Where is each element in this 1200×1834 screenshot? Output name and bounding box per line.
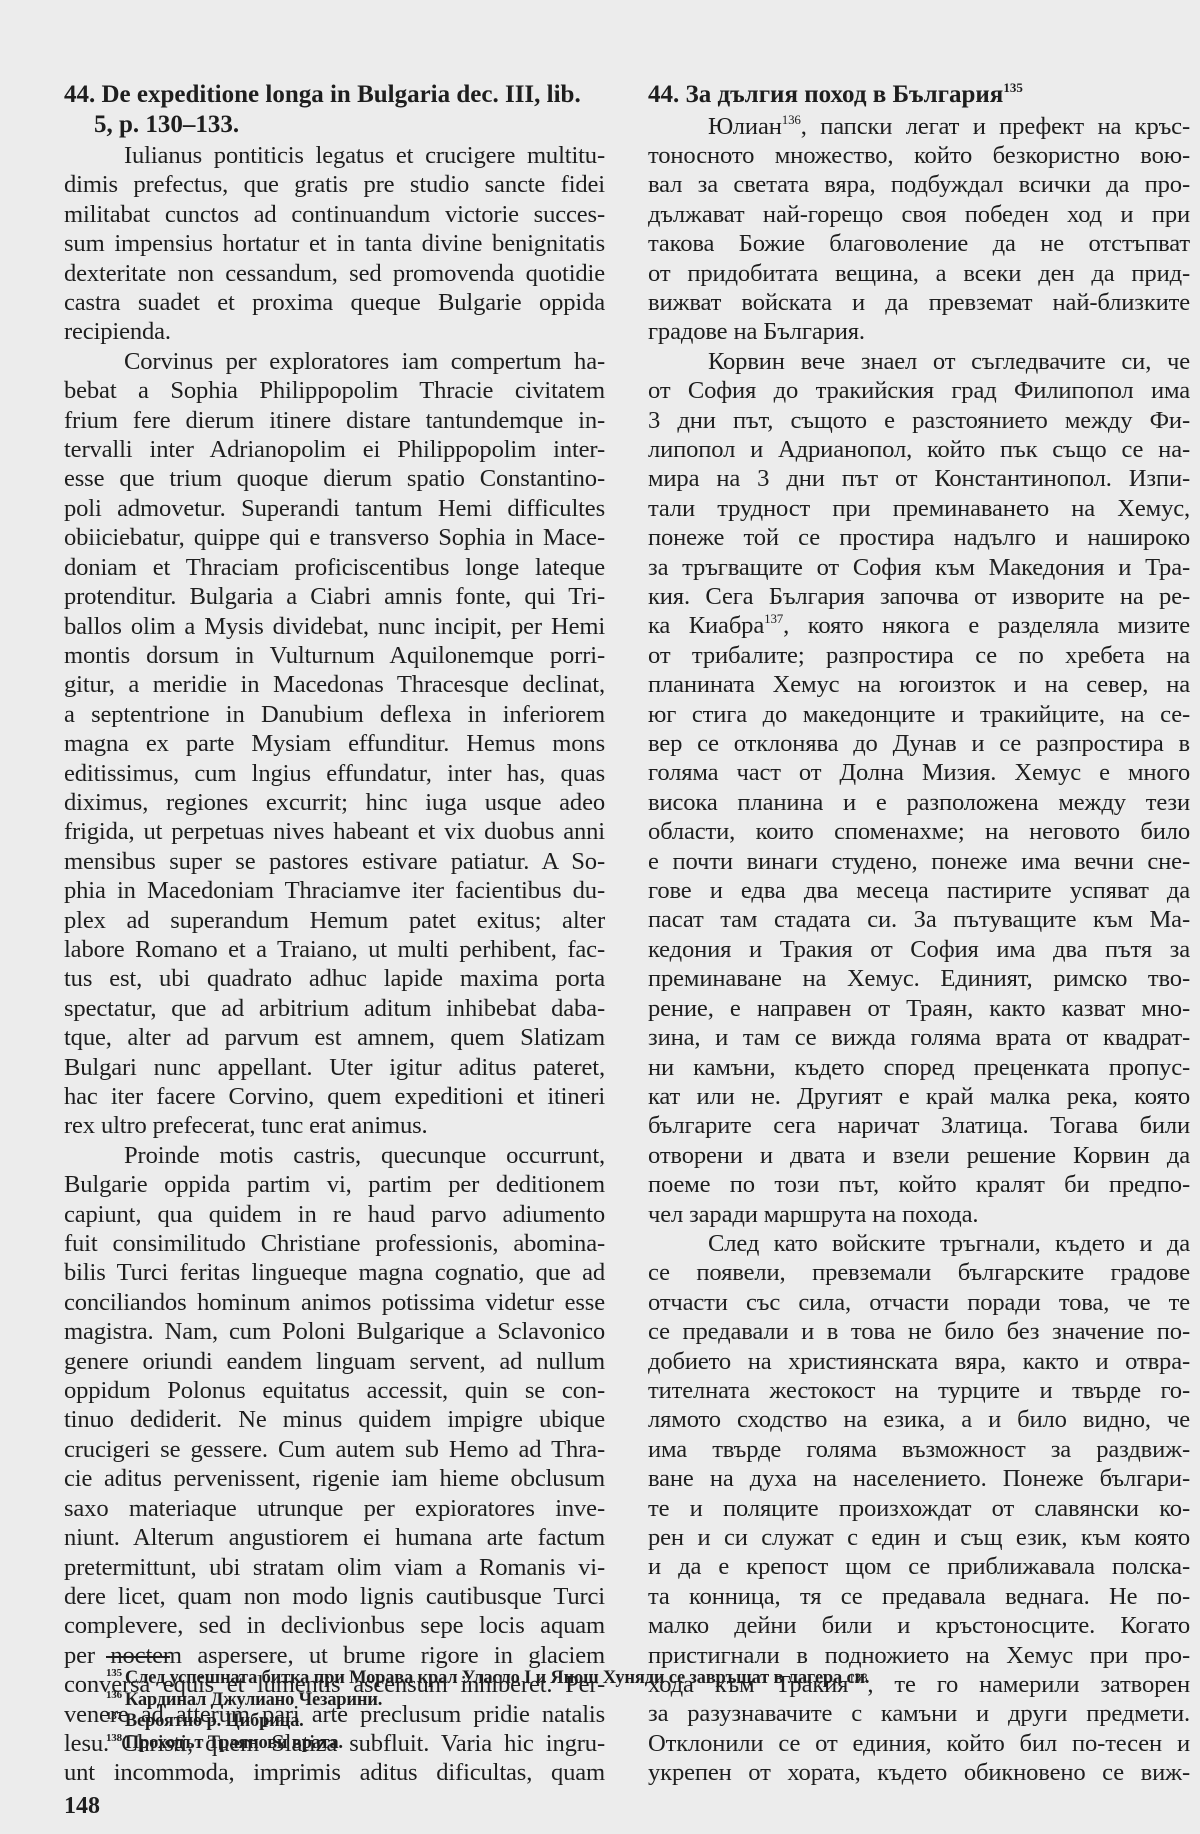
text-line: мира на 3 дни път от Константинопол. Изп… <box>648 464 1190 493</box>
footnote-ref-136[interactable]: 136 <box>782 112 801 127</box>
text-line: dere licet, quam non modo lignis cautibu… <box>64 1582 605 1611</box>
text-line: frium fere dierum itinere distare tantun… <box>64 406 605 435</box>
footnote-text: Вероятно р. Цибрица. <box>125 1711 304 1731</box>
text-line: pretermittunt, ubi stratam olim viam a R… <box>64 1553 605 1582</box>
footnote-ref-135[interactable]: 135 <box>1003 80 1023 95</box>
text-line: labore Romano et a Traiano, ut multi per… <box>64 935 605 964</box>
text-line: пристигнали в подножието на Хемус при пр… <box>648 1641 1190 1670</box>
text-line: те и поляците произхождат от славянски к… <box>648 1494 1190 1523</box>
text-line: saxo materiaque utrunque per expioratore… <box>64 1494 605 1523</box>
text-line: montis dorsum in Vulturnum Aquilonemque … <box>64 641 605 670</box>
text-line: Proinde motis castris, quecunque occurru… <box>64 1141 605 1170</box>
text-line: esse que trium quoque dierum spatio Cons… <box>64 464 605 493</box>
document-page: 44. De expeditione longa in Bulgaria dec… <box>0 0 1200 1834</box>
footnote-138: 138Проходът Траянови врата. <box>106 1733 869 1755</box>
text-fragment: ка Киабра <box>648 612 764 639</box>
text-line: тали трудност при преминаването на Хемус… <box>648 494 1190 523</box>
text-line: поеме по този път, който кралят би предп… <box>648 1170 1190 1199</box>
text-line: bebat a Sophia Philippopolim Thracie civ… <box>64 376 605 405</box>
text-line: отчасти със сила, отчасти поради това, ч… <box>648 1288 1190 1317</box>
text-line: editissimus, cum lngius effundatur, inte… <box>64 759 605 788</box>
footnote-text: Проходът Траянови врата. <box>125 1733 343 1753</box>
footnote-number: 136 <box>106 1689 122 1701</box>
latin-column: 44. De expeditione longa in Bulgaria dec… <box>64 80 605 1788</box>
text-line: unt incommoda, imprimis aditus dificulta… <box>64 1758 605 1787</box>
text-line: области, които споменахме; на неговото б… <box>648 817 1190 846</box>
text-line: plex ad superandum Hemum patet exitus; a… <box>64 906 605 935</box>
text-line: 3 дни път, същото е разстоянието между Ф… <box>648 406 1190 435</box>
text-line: добието на християнската вяра, както и о… <box>648 1347 1190 1376</box>
text-line: има твърде голяма възможност за раздвиж- <box>648 1435 1190 1464</box>
footnote-number: 135 <box>106 1667 122 1679</box>
text-line: bilis Turci feritas lingueque magna cogn… <box>64 1258 605 1287</box>
text-fragment: , папски легат и префект на кръс- <box>801 113 1190 140</box>
text-line: от София до тракийския град Филипопол им… <box>648 376 1190 405</box>
latin-section-heading: 44. De expeditione longa in Bulgaria dec… <box>64 80 605 139</box>
text-line: преминаване на Хемус. Единият, римско тв… <box>648 964 1190 993</box>
text-line: a septentrione in Danubium deflexa in in… <box>64 700 605 729</box>
text-line: oppidum Polonus equitatus accessit, quin… <box>64 1376 605 1405</box>
text-line: tinuo dediderit. Ne minus quidem impigre… <box>64 1405 605 1434</box>
latin-body-text: Iulianus pontiticis legatus et crucigere… <box>64 141 605 1788</box>
text-line: Bulgarie oppida partim vi, partim per de… <box>64 1170 605 1199</box>
footnote-separator-rule <box>106 1656 170 1658</box>
text-line: capiunt, qua quidem in re haud parvo adi… <box>64 1200 605 1229</box>
text-line: magna ex parte Mysiam effunditur. Hemus … <box>64 729 605 758</box>
text-line: recipienda. <box>64 317 605 346</box>
text-line: е почти винаги студено, понеже има вечни… <box>648 847 1190 876</box>
text-line: Iulianus pontiticis legatus et crucigere… <box>64 141 605 170</box>
text-line: diximus, regiones excurrit; hinc iuga us… <box>64 788 605 817</box>
footnotes: 135След успешната битка при Морава крал … <box>106 1668 869 1754</box>
footnote-135: 135След успешната битка при Морава крал … <box>106 1668 869 1690</box>
text-line: hac iter facere Corvino, quem expedition… <box>64 1082 605 1111</box>
text-line: poli admovetur. Superandi tantum Hemi di… <box>64 494 605 523</box>
text-fragment: , те го намерили затворен <box>867 1671 1190 1698</box>
bulgarian-heading-text: 44. За дългия поход в България <box>648 81 1003 108</box>
text-line: niunt. Alterum angustiorem ei humana art… <box>64 1523 605 1552</box>
text-line: та конница, тя се предавала веднага. Не … <box>648 1582 1190 1611</box>
text-line: пасат там стадата си. За пътуващите към … <box>648 905 1190 934</box>
text-line: След като войските тръгнали, където и да <box>648 1229 1190 1258</box>
text-line: висока планина и е разположена между тез… <box>648 788 1190 817</box>
text-line: spectatur, que ad arbitrium aditum inhib… <box>64 994 605 1023</box>
text-line: гове и едва два месеца пастирите успяват… <box>648 876 1190 905</box>
text-line: липопол и Адрианопол, който пък също се … <box>648 435 1190 464</box>
text-line: вижват войската и да превземат най-близк… <box>648 288 1190 317</box>
text-line: Корвин вече знаел от съгледвачите си, че <box>648 347 1190 376</box>
text-line: рен и си служат с един и същ език, към к… <box>648 1523 1190 1552</box>
latin-heading-line-1: 44. De expeditione longa in Bulgaria dec… <box>64 81 581 108</box>
text-line: dexteritate non cessandum, sed promovend… <box>64 259 605 288</box>
text-line: се появели, превземали българските градо… <box>648 1258 1190 1287</box>
text-line: за тръгващите от София към Македония и Т… <box>648 553 1190 582</box>
latin-heading-line-2: 5, p. 130–133. <box>64 110 605 140</box>
text-fragment: , която някога е разделяла мизите <box>783 612 1190 639</box>
text-line: такова Божие благоволение да не отстъпва… <box>648 229 1190 258</box>
text-line: doniam et Thraciam proficiscentibus long… <box>64 553 605 582</box>
text-line: ка Киабра137, която някога е разделяла м… <box>648 611 1190 640</box>
text-line: genere oriundi eandem linguam servent, a… <box>64 1347 605 1376</box>
text-line: castra suadet et proxima queque Bulgarie… <box>64 288 605 317</box>
text-line: вал за светата вяра, подбуждал всички да… <box>648 170 1190 199</box>
footnote-136: 136Кардинал Джулиано Чезарини. <box>106 1690 869 1712</box>
text-line: Corvinus per exploratores iam compertum … <box>64 347 605 376</box>
text-line: sum impensius hortatur et in tanta divin… <box>64 229 605 258</box>
text-line: magistra. Nam, cum Poloni Bulgarique a S… <box>64 1317 605 1346</box>
text-line: се предавали и в това не било без значен… <box>648 1317 1190 1346</box>
text-line: голяма част от Долна Мизия. Хемус е мног… <box>648 758 1190 787</box>
text-line: tervalli inter Adrianopolim ei Philippop… <box>64 435 605 464</box>
bulgarian-section-heading: 44. За дългия поход в България135 <box>648 80 1190 110</box>
text-line: phia in Macedoniam Thraciamve iter facie… <box>64 876 605 905</box>
footnote-137: 137Вероятно р. Цибрица. <box>106 1711 869 1733</box>
text-line: кедония и Тракия от София има два пътя з… <box>648 935 1190 964</box>
text-line: чел заради маршрута на похода. <box>648 1200 1190 1229</box>
text-line: отворени и двата и взели решение Корвин … <box>648 1141 1190 1170</box>
text-line: тителната жестокост на турците и твърде … <box>648 1376 1190 1405</box>
footnote-text: След успешната битка при Морава крал Ула… <box>125 1668 869 1688</box>
text-line: юг стига до македонците и тракийците, на… <box>648 700 1190 729</box>
text-line: ване на духа на населението. Понеже бълг… <box>648 1464 1190 1493</box>
text-line: rex ultro prefecerat, tunc erat animus. <box>64 1111 605 1140</box>
text-line: tque, alter ad parvum est amnem, quem Sl… <box>64 1023 605 1052</box>
text-line: и да е крепост щом се приближавала полск… <box>648 1552 1190 1581</box>
text-line: малко дейни били и кръстоносците. Когато <box>648 1611 1190 1640</box>
text-line: Юлиан136, папски легат и префект на кръс… <box>648 112 1190 141</box>
text-line: кия. Сега България започва от изворите н… <box>648 582 1190 611</box>
text-line: българите сега наричат Златица. Тогава б… <box>648 1111 1190 1140</box>
footnote-number: 138 <box>106 1732 122 1744</box>
text-line: от придобитата вещина, а всеки ден да пр… <box>648 259 1190 288</box>
text-line: ballos olim a Mysis dividebat, nunc inci… <box>64 612 605 641</box>
text-line: градове на България. <box>648 317 1190 346</box>
text-line: frigida, ut perpetuas nives habeant et v… <box>64 817 605 846</box>
text-line: tus est, ubi quadrato adhuc lapide maxim… <box>64 964 605 993</box>
text-line: dimis prefectus, que gratis pre studio s… <box>64 170 605 199</box>
text-line: дължават най-горещо своя победен ход и п… <box>648 200 1190 229</box>
page-number: 148 <box>64 1793 100 1820</box>
text-line: вер се отклонява до Дунав и се разпрости… <box>648 729 1190 758</box>
text-line: лямото сходство на езика, а и било видно… <box>648 1405 1190 1434</box>
text-line: fuit consimilitudo Christiane profession… <box>64 1229 605 1258</box>
text-line: кат или не. Другият е край малка река, к… <box>648 1082 1190 1111</box>
text-line: mensibus super se pastores estivare pati… <box>64 847 605 876</box>
text-line: complevere, sed in declivionbus sepe loc… <box>64 1611 605 1640</box>
text-line: тоносното множество, който безкористно в… <box>648 141 1190 170</box>
text-line: gitur, a meridie in Macedonas Thracesque… <box>64 670 605 699</box>
text-line: militabat cunctos ad continuandum victor… <box>64 200 605 229</box>
text-line: понеже той се простира надълго и наширок… <box>648 523 1190 552</box>
bulgarian-column: 44. За дългия поход в България135 Юлиан1… <box>648 80 1190 1788</box>
text-line: от трибалите; разпростира се по хребета … <box>648 641 1190 670</box>
text-line: планината Хемус на югоизток и на север, … <box>648 670 1190 699</box>
footnote-number: 137 <box>106 1710 122 1722</box>
text-line: Bulgari nunc appellant. Uter igitur adit… <box>64 1053 605 1082</box>
footnote-ref-137[interactable]: 137 <box>764 611 783 626</box>
text-line: рение, е направен от Траян, както казват… <box>648 994 1190 1023</box>
text-line: укрепен от хората, където обикновено се … <box>648 1758 1190 1787</box>
text-line: зина, и там се вижда голяма врата от ква… <box>648 1023 1190 1052</box>
footnote-text: Кардинал Джулиано Чезарини. <box>125 1690 382 1710</box>
text-line: cie aditus pervenissent, rigenie iam hie… <box>64 1464 605 1493</box>
text-line: crucigeri se gessere. Cum autem sub Hemo… <box>64 1435 605 1464</box>
text-line: conciliandos hominum animos potissima vi… <box>64 1288 605 1317</box>
text-line: protenditur. Bulgaria a Ciabri amnis fon… <box>64 582 605 611</box>
text-line: ни камъни, където според преценката проп… <box>648 1053 1190 1082</box>
text-line: obiiciebatur, quippe qui e transverso So… <box>64 523 605 552</box>
text-fragment: Юлиан <box>708 113 782 140</box>
bulgarian-body-text: Юлиан136, папски легат и префект на кръс… <box>648 112 1190 1788</box>
